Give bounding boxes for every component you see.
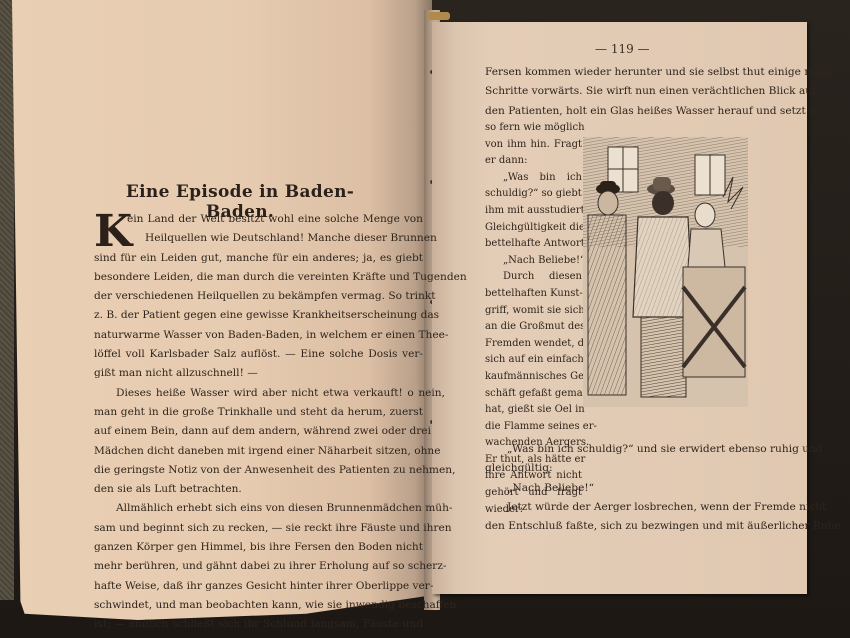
text-line: besondere Leiden, die man durch die vere… xyxy=(94,268,423,287)
text-line: ist; — endlich schließt sich ihr Schlund… xyxy=(94,615,423,634)
text-line: Allmählich erhebt sich eins von diesen B… xyxy=(94,499,445,518)
text-line: den Entschluß faßte, sich zu bezwingen u… xyxy=(485,517,775,536)
text-line: Durch diesen xyxy=(485,269,582,286)
text-line: gißt man nicht allzuschnell! — xyxy=(94,364,423,383)
text-line: bettelhaften Kunst- xyxy=(485,286,582,303)
text-line: bettelhafte Antwort: xyxy=(485,236,582,253)
text-line: schwindet, und man beobachten kann, wie … xyxy=(94,596,423,615)
text-line: löffel voll Karlsbader Salz auflöst. — E… xyxy=(94,345,423,364)
text-line: Schritte vorwärts. Sie wirft nun einen v… xyxy=(485,82,775,101)
text-line: sich auf ein einfaches xyxy=(485,352,582,369)
text-line: „Was bin ich xyxy=(485,170,582,187)
text-line: hafte Weise, daß ihr ganzes Gesicht hint… xyxy=(94,577,423,596)
right-page-bottom-text: „Was bin ich schuldig?“ und sie erwidert… xyxy=(485,440,775,536)
text-line: z. B. der Patient gegen eine gewisse Kra… xyxy=(94,306,423,325)
text-line: kaufmännisches Ge- xyxy=(485,369,582,386)
text-line: ein Land der Welt besitzt wohl eine solc… xyxy=(127,210,423,229)
text-line: Mädchen dicht daneben mit irgend einer N… xyxy=(94,442,423,461)
text-line: „Nach Beliebe!“ xyxy=(485,253,582,270)
text-line: Fremden wendet, der xyxy=(485,336,582,353)
text-line: den Patienten, holt ein Glas heißes Wass… xyxy=(485,102,775,121)
left-page-text: ein Land der Welt besitzt wohl eine solc… xyxy=(127,210,423,635)
text-line: er dann: xyxy=(485,153,582,170)
book-cover-edge xyxy=(0,0,14,600)
text-line: mehr berühren, und gähnt dabei zu ihrer … xyxy=(94,557,423,576)
text-line: griff, womit sie sich xyxy=(485,303,582,320)
text-line: ihm mit ausstudierter xyxy=(485,203,582,220)
text-line: so fern wie möglich xyxy=(485,120,582,137)
text-line: Gleichgültigkeit die xyxy=(485,220,582,237)
text-line: Jetzt würde der Aerger losbrechen, wenn … xyxy=(485,498,775,517)
text-line: „Nach Beliebe!“ xyxy=(485,479,775,498)
headband xyxy=(428,12,450,20)
text-line: sam und beginnt sich zu recken, — sie re… xyxy=(94,519,423,538)
text-line: naturwarme Wasser von Baden-Baden, in we… xyxy=(94,326,423,345)
text-line: auf einem Bein, dann auf dem andern, wäh… xyxy=(94,422,423,441)
text-line: von ihm hin. Fragt xyxy=(485,137,582,154)
page-number: — 119 — xyxy=(595,42,650,56)
text-line: die Flamme seines er- xyxy=(485,419,582,436)
engraving-illustration xyxy=(583,137,748,407)
text-line: hat, gießt sie Oel in xyxy=(485,402,582,419)
text-line: Heilquellen wie Deutschland! Manche dies… xyxy=(127,229,423,248)
right-page-top-text: Fersen kommen wieder herunter und sie se… xyxy=(485,63,775,121)
text-line: gleichgültig: xyxy=(485,459,775,478)
text-line: an die Großmut des xyxy=(485,319,582,336)
text-line: schäft gefaßt gemacht xyxy=(485,386,582,403)
text-line: Fersen kommen wieder herunter und sie se… xyxy=(485,63,775,82)
text-line: „Was bin ich schuldig?“ und sie erwidert… xyxy=(485,440,775,459)
text-line: schuldig?“ so giebt sie xyxy=(485,186,582,203)
text-line: ganzen Körper gen Himmel, bis ihre Ferse… xyxy=(94,538,423,557)
text-line: Dieses heiße Wasser wird aber nicht etwa… xyxy=(94,384,445,403)
text-line: man geht in die große Trinkhalle und ste… xyxy=(94,403,423,422)
text-line: der verschiedenen Heilquellen zu bekämpf… xyxy=(94,287,423,306)
text-line: die geringste Notiz von der Anwesenheit … xyxy=(94,461,423,480)
text-line: sind für ein Leiden gut, manche für ein … xyxy=(94,249,423,268)
text-line: den sie als Luft betrachten. xyxy=(94,480,423,499)
